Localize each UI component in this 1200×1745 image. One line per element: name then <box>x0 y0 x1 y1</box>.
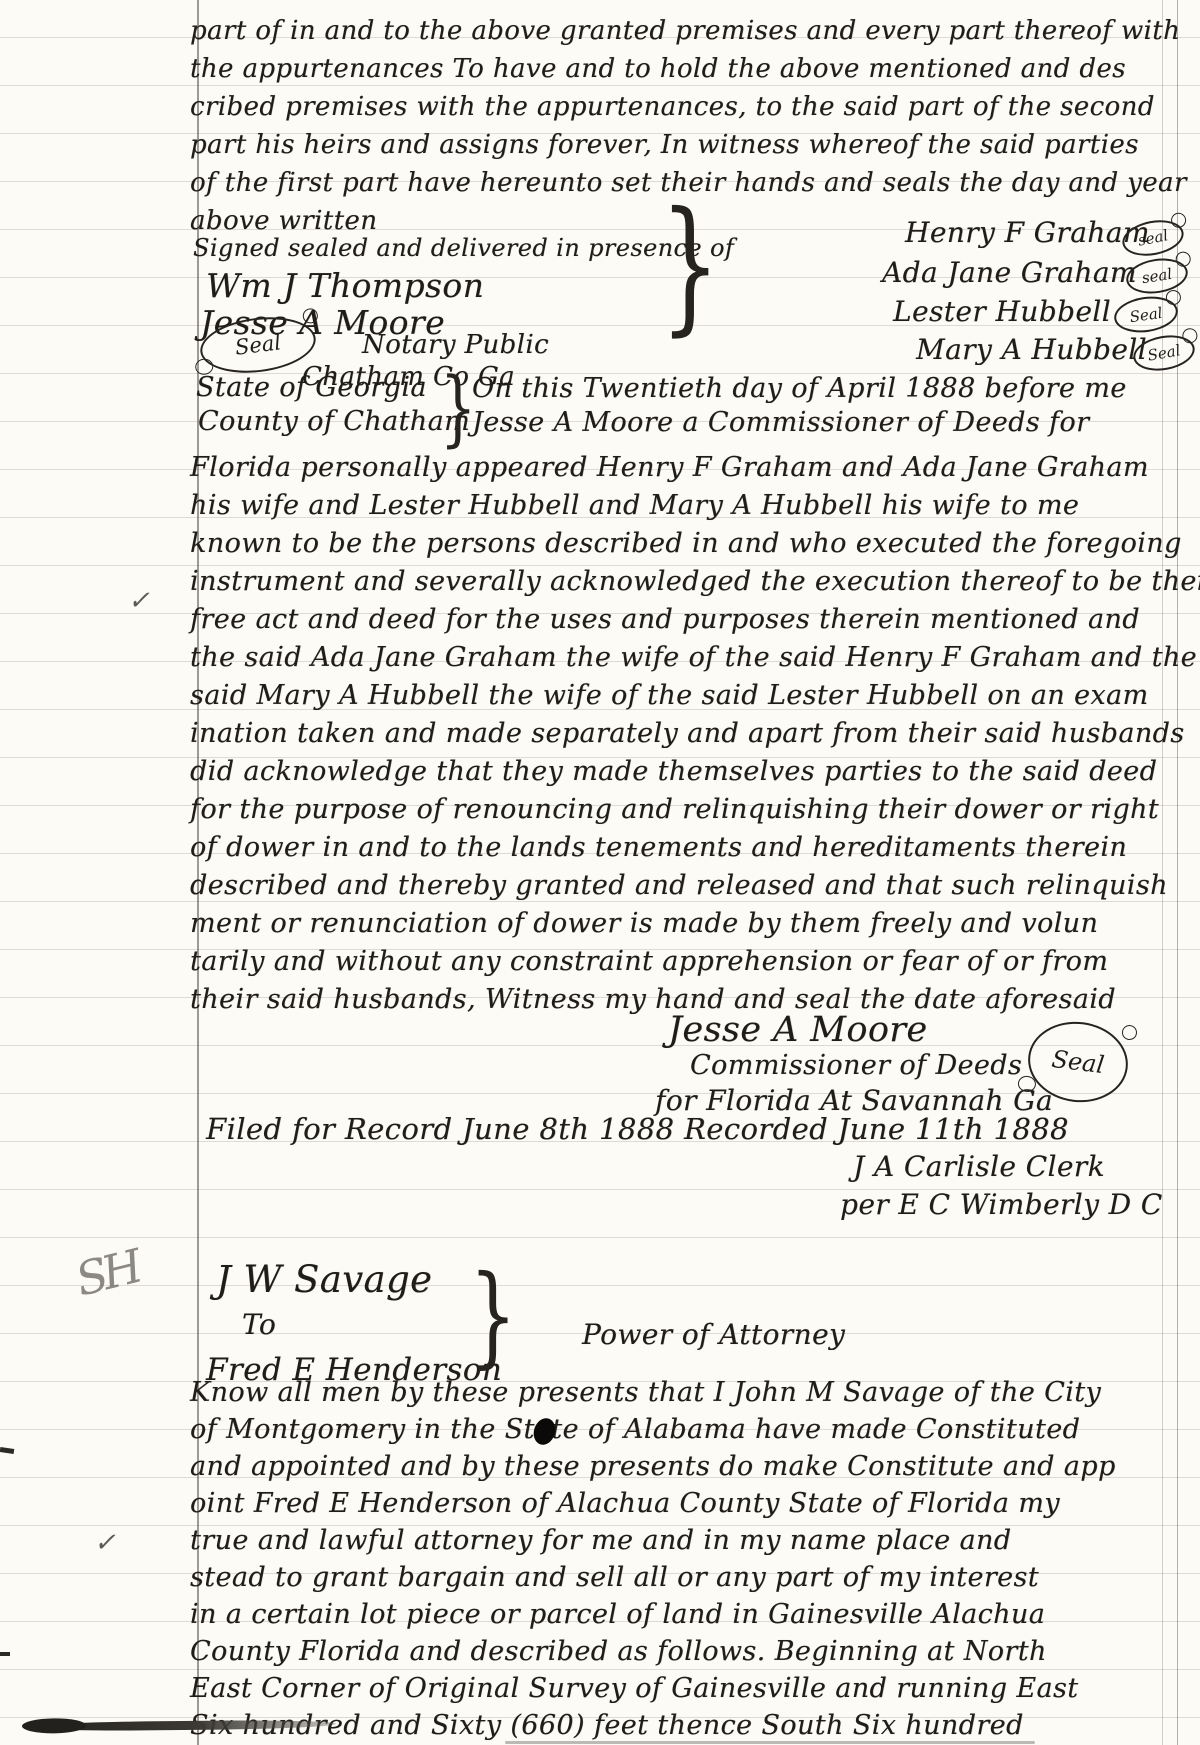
commissioner-seal-label: Seal <box>1050 1045 1106 1079</box>
text-line: in a certain lot piece or parcel of land… <box>190 1596 1116 1633</box>
text-line: On this Twentieth day of April 1888 befo… <box>472 372 1127 406</box>
text-line: his wife and Lester Hubbell and Mary A H… <box>190 487 1200 525</box>
checkmark-1: ✓ <box>128 586 150 616</box>
text-line: Know all men by these presents that I Jo… <box>190 1374 1116 1411</box>
text-line: described and thereby granted and releas… <box>190 867 1200 905</box>
acknowledgment-venue-state: State of Georgia <box>196 372 427 403</box>
text-line: true and lawful attorney for me and in m… <box>190 1522 1116 1559</box>
acknowledgment-venue-county: County of Chatham <box>198 406 470 437</box>
filed-record-line: Filed for Record June 8th 1888 Recorded … <box>206 1112 1069 1146</box>
signature-name: Lester Hubbell <box>893 295 1111 328</box>
text-line: the said Ada Jane Graham the wife of the… <box>190 639 1200 677</box>
document-page: part of in and to the above granted prem… <box>0 0 1200 1745</box>
witness-signature-1: Wm J Thompson <box>206 266 484 305</box>
text-line: and appointed and by these presents do m… <box>190 1448 1116 1485</box>
checkmark-2: ✓ <box>94 1528 116 1558</box>
seal-label: seal <box>1136 226 1169 249</box>
text-line: free act and deed for the uses and purpo… <box>190 601 1200 639</box>
text-line: Florida personally appeared Henry F Grah… <box>190 449 1200 487</box>
seal-label: Seal <box>1146 341 1182 364</box>
poa-to-label: To <box>242 1308 276 1341</box>
witness-brace: } <box>660 193 720 338</box>
signature-name: Henry F Graham <box>905 216 1150 249</box>
notary-title: Notary Public <box>362 330 549 360</box>
text-line: known to be the persons described in and… <box>190 525 1200 563</box>
text-line: East Corner of Original Survey of Gaines… <box>190 1670 1116 1707</box>
poa-grantor: J W Savage <box>216 1258 432 1301</box>
text-line: ment or renunciation of dower is made by… <box>190 905 1200 943</box>
text-line: said Mary A Hubbell the wife of the said… <box>190 677 1200 715</box>
text-line: did acknowledge that they made themselve… <box>190 753 1200 791</box>
signature-name: Mary A Hubbell <box>916 333 1147 366</box>
text-line: tarily and without any constraint appreh… <box>190 943 1200 981</box>
edge-tick-1 <box>0 1447 14 1454</box>
seal-label: Seal <box>1128 303 1163 325</box>
acknowledgment-body: Florida personally appeared Henry F Grah… <box>190 449 1200 1019</box>
notary-seal-label: Seal <box>234 330 283 359</box>
text-line: cribed premises with the appurtenances, … <box>190 88 1187 126</box>
witness-attestation-heading: Signed sealed and delivered in presence … <box>193 234 734 262</box>
text-line: part of in and to the above granted prem… <box>190 12 1187 50</box>
poa-title: Power of Attorney <box>582 1318 845 1351</box>
text-line: the appurtenances To have and to hold th… <box>190 50 1187 88</box>
poa-brace: } <box>469 1260 517 1370</box>
seal-stamp: Seal <box>1112 293 1180 337</box>
text-line: ination taken and made separately and ap… <box>190 715 1200 753</box>
text-line: of dower in and to the lands tenements a… <box>190 829 1200 867</box>
venue-brace: } <box>440 368 477 450</box>
text-line: Six hundred and Sixty (660) feet thence … <box>190 1707 1116 1744</box>
text-line: Jesse A Moore a Commissioner of Deeds fo… <box>472 406 1127 440</box>
acknowledgment-opening: On this Twentieth day of April 1888 befo… <box>472 372 1127 440</box>
commissioner-signature: Jesse A Moore <box>668 1010 928 1050</box>
signature-name: Ada Jane Graham <box>882 256 1137 289</box>
clerk-signature: J A Carlisle Clerk <box>853 1150 1105 1183</box>
text-line: stead to grant bargain and sell all or a… <box>190 1559 1116 1596</box>
text-line: of Montgomery in the State of Alabama ha… <box>190 1411 1116 1448</box>
edge-tick-2 <box>0 1652 10 1656</box>
text-line: instrument and severally acknowledged th… <box>190 563 1200 601</box>
poa-body-paragraph: Know all men by these presents that I Jo… <box>190 1374 1116 1744</box>
seal-label: seal <box>1141 265 1174 288</box>
text-line: part his heirs and assigns forever, In w… <box>190 126 1187 164</box>
scan-streak <box>505 1741 1035 1744</box>
text-line: County Florida and described as follows.… <box>190 1633 1116 1670</box>
deputy-clerk-signature: per E C Wimberly D C <box>840 1188 1163 1221</box>
commissioner-title: Commissioner of Deeds <box>690 1050 1022 1081</box>
text-line: oint Fred E Henderson of Alachua County … <box>190 1485 1116 1522</box>
text-line: for the purpose of renouncing and relinq… <box>190 791 1200 829</box>
poa-margin-mark: SH <box>70 1239 143 1306</box>
